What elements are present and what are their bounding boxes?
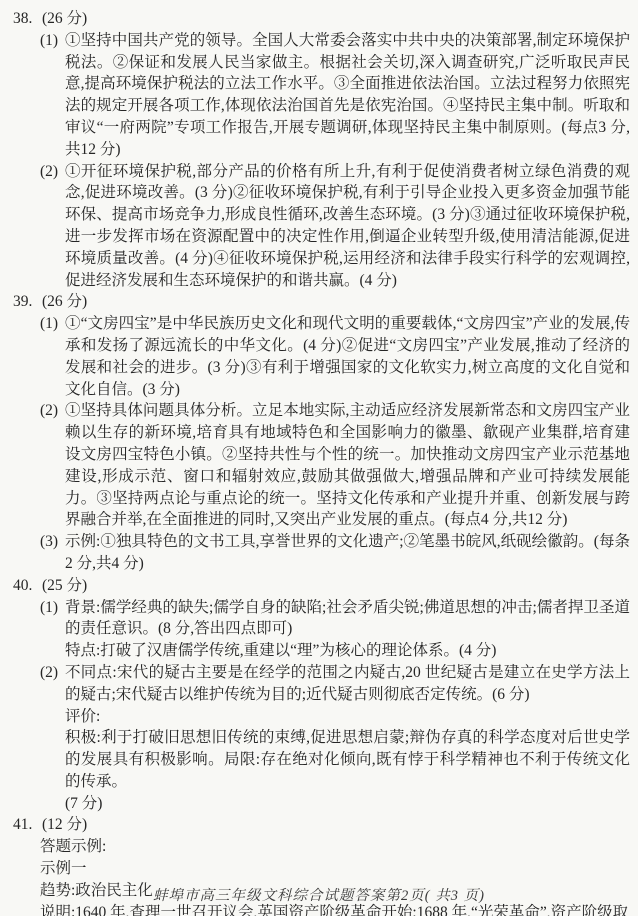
item-text: (7 分) (65, 795, 102, 812)
answer-item-40-2-evaluation-title: 评价: (40, 706, 630, 728)
answer-line-example-one: 示例一 (40, 858, 630, 880)
answer-item-40-2-differences: (2) 不同点:宋代的疑古主要是在经学的范围之内疑古,20 世纪疑古是建立在史学… (40, 662, 630, 706)
item-label: (1) (40, 30, 58, 52)
question-score: (25 分) (42, 575, 87, 597)
question-score: (26 分) (42, 291, 87, 313)
item-text: ①开征环境保护税,部分产品的价格有所上升,有利于促使消费者树立绿色消费的观念,促… (65, 163, 630, 289)
exam-answer-page: 38. (26 分) (1) ①坚持中国共产党的领导。全国人大常委会落实中共中央… (0, 0, 638, 916)
item-label: (1) (40, 313, 58, 335)
question-heading: 38. (26 分) (13, 8, 630, 30)
item-label: (2) (40, 662, 58, 684)
item-text: 背景:儒学经典的缺失;儒学自身的缺陷;社会矛盾尖锐;佛道思想的冲击;儒者捍卫圣道… (65, 599, 630, 638)
answer-item-39-1: (1) ①“文房四宝”是中华民族历史文化和现代文明的重要载体,“文房四宝”产业的… (40, 313, 630, 400)
question-heading: 39. (26 分) (13, 291, 630, 313)
answer-item-38-1: (1) ①坚持中国共产党的领导。全国人大常委会落实中共中央的决策部署,制定环境保… (40, 30, 630, 161)
item-text: ①坚持中国共产党的领导。全国人大常委会落实中共中央的决策部署,制定环境保护税法。… (65, 32, 630, 158)
answer-item-39-3: (3) 示例:①独具特色的文书工具,享誉世界的文化遗产;②笔墨书皖风,纸砚绘徽韵… (40, 531, 630, 575)
question-heading: 40. (25 分) (13, 575, 630, 597)
item-label: (1) (40, 597, 58, 619)
item-label: (2) (40, 400, 58, 422)
page-footer: 蚌埠市高三年级文科综合试题答案第2页( 共3 页) (0, 884, 638, 905)
question-heading: 41. (12 分) (13, 814, 630, 836)
item-text: 积极:利于打破旧思想旧传统的束缚,促进思想启蒙;辩伪存真的科学态度对后世史学的发… (65, 729, 630, 790)
question-number: 38. (13, 8, 42, 30)
item-text: 评价: (65, 708, 100, 725)
question-score: (12 分) (42, 814, 87, 836)
answer-line-example-heading: 答题示例: (40, 836, 630, 858)
question-number: 40. (13, 575, 42, 597)
answer-item-38-2: (2) ①开征环境保护税,部分产品的价格有所上升,有利于促使消费者树立绿色消费的… (40, 161, 630, 292)
answer-item-39-2: (2) ①坚持具体问题具体分析。立足本地实际,主动适应经济发展新常态和文房四宝产… (40, 400, 630, 531)
question-number: 39. (13, 291, 42, 313)
question-38: 38. (26 分) (1) ①坚持中国共产党的领导。全国人大常委会落实中共中央… (13, 8, 630, 291)
item-label: (3) (40, 531, 58, 553)
question-40: 40. (25 分) (1) 背景:儒学经典的缺失;儒学自身的缺陷;社会矛盾尖锐… (13, 575, 630, 815)
question-score: (26 分) (42, 8, 87, 30)
item-text: 示例:①独具特色的文书工具,享誉世界的文化遗产;②笔墨书皖风,纸砚绘徽韵。(每条… (65, 533, 630, 572)
answer-item-40-1-background: (1) 背景:儒学经典的缺失;儒学自身的缺陷;社会矛盾尖锐;佛道思想的冲击;儒者… (40, 597, 630, 641)
item-text: 不同点:宋代的疑古主要是在经学的范围之内疑古,20 世纪疑古是建立在史学方法上的… (65, 664, 630, 703)
answer-item-40-1-features: 特点:打破了汉唐儒学传统,重建以“理”为核心的理论体系。(4 分) (40, 640, 630, 662)
item-text: ①坚持具体问题具体分析。立足本地实际,主动适应经济发展新常态和文房四宝产业赖以生… (65, 402, 630, 528)
answer-item-40-2-evaluation-body: 积极:利于打破旧思想旧传统的束缚,促进思想启蒙;辩伪存真的科学态度对后世史学的发… (40, 727, 630, 792)
answer-item-40-2-score: (7 分) (40, 793, 630, 815)
item-text: ①“文房四宝”是中华民族历史文化和现代文明的重要载体,“文房四宝”产业的发展,传… (65, 315, 630, 397)
item-text: 特点:打破了汉唐儒学传统,重建以“理”为核心的理论体系。(4 分) (65, 642, 496, 659)
question-39: 39. (26 分) (1) ①“文房四宝”是中华民族历史文化和现代文明的重要载… (13, 291, 630, 574)
item-label: (2) (40, 161, 58, 183)
question-number: 41. (13, 814, 42, 836)
